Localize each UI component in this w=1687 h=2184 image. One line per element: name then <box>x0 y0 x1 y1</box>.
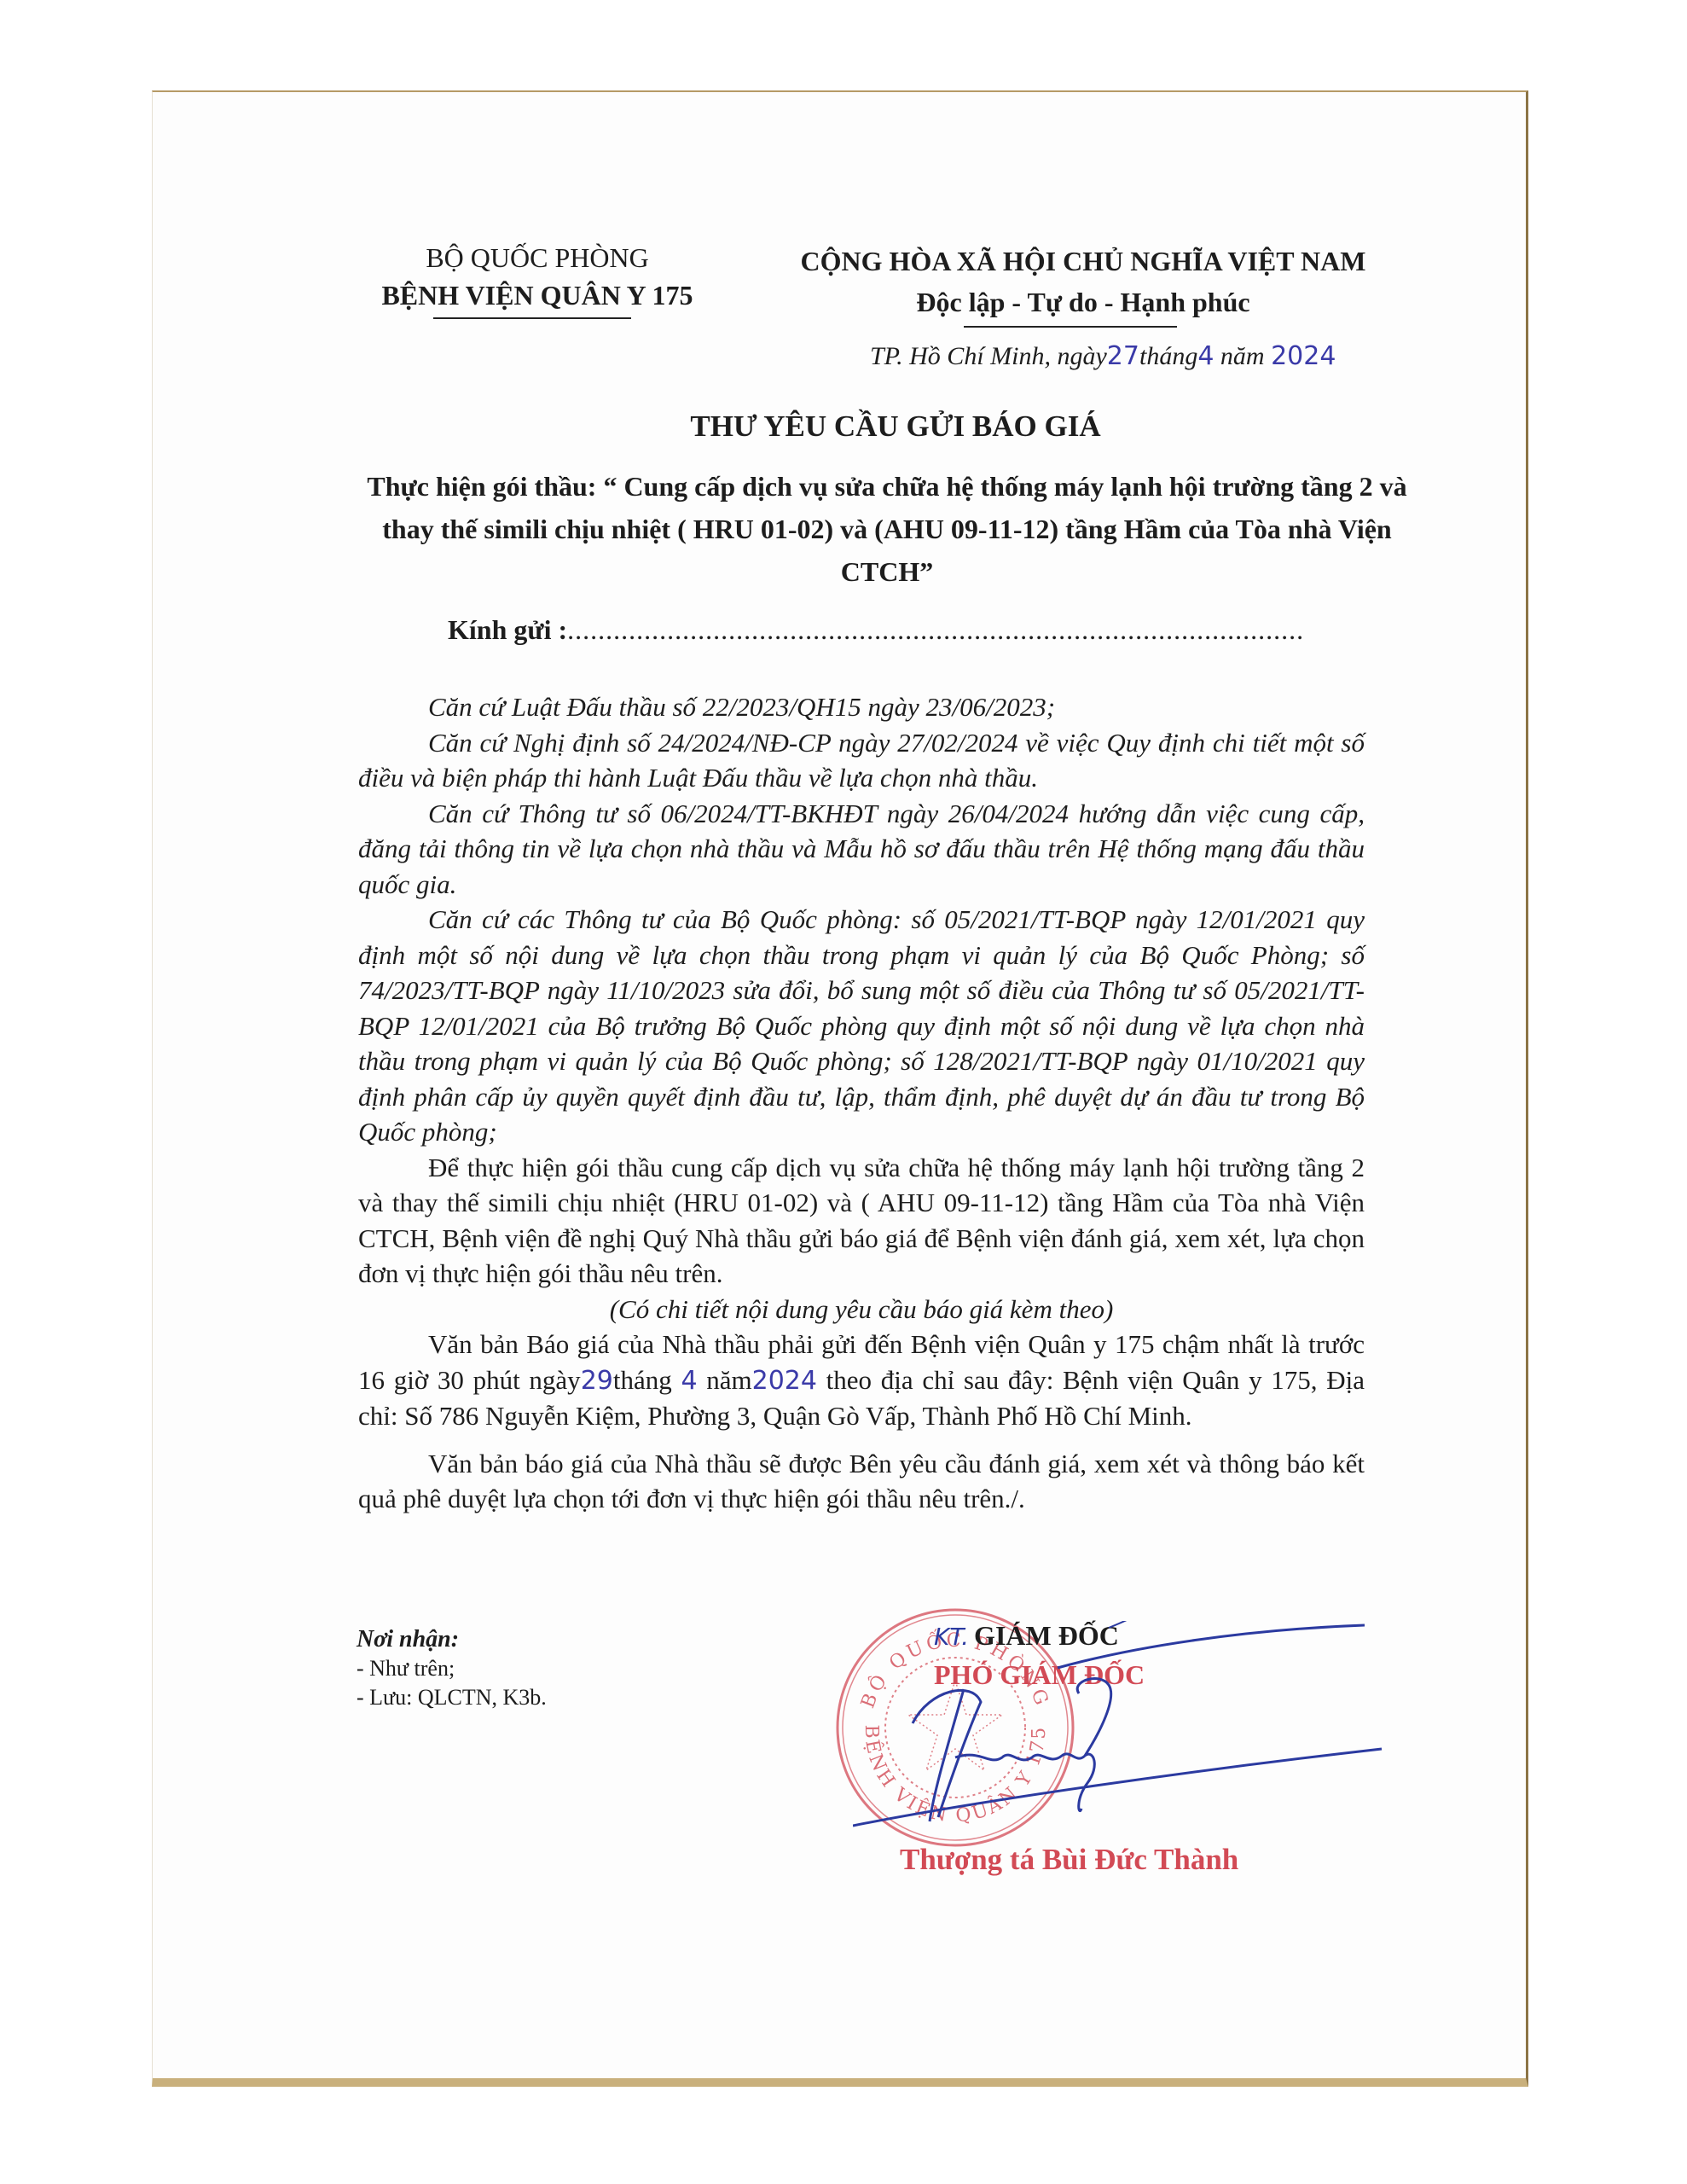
handwritten-month: 4 <box>1197 341 1214 371</box>
handwritten-deadline-month: 4 <box>681 1366 697 1396</box>
deadline-month-label: tháng <box>613 1365 672 1395</box>
issue-date: TP. Hồ Chí Minh, ngày27tháng4 năm 2024 <box>870 341 1336 371</box>
recipient-label: Kính gửi : <box>448 614 567 645</box>
recipients-heading: Nơi nhận: <box>357 1625 547 1654</box>
legal-basis-4: Căn cứ các Thông tư của Bộ Quốc phòng: s… <box>358 902 1365 1150</box>
closing-paragraph: Văn bản báo giá của Nhà thầu sẽ được Bên… <box>358 1446 1365 1517</box>
request-paragraph: Để thực hiện gói thầu cung cấp dịch vụ s… <box>358 1150 1365 1292</box>
org-name: BỆNH VIỆN QUÂN Y 175 <box>354 276 721 314</box>
handwritten-year: 2024 <box>1271 341 1336 371</box>
national-motto: Độc lập - Tự do - Hạnh phúc <box>751 282 1416 322</box>
recipient-item: - Lưu: QLCTN, K3b. <box>357 1683 547 1712</box>
issuing-organization: BỘ QUỐC PHÒNG BỆNH VIỆN QUÂN Y 175 <box>354 239 721 314</box>
handwritten-deadline-day: 29 <box>581 1366 613 1396</box>
legal-basis-2: Căn cứ Nghị định số 24/2024/NĐ-CP ngày 2… <box>358 725 1365 796</box>
recipients-list: Nơi nhận: - Như trên; - Lưu: QLCTN, K3b. <box>357 1625 547 1712</box>
signer-name: Thượng tá Bùi Đức Thành <box>900 1843 1238 1877</box>
deadline-year-label: năm <box>706 1365 751 1395</box>
recipient-item: - Như trên; <box>357 1654 547 1683</box>
deadline-paragraph: Văn bản Báo giá của Nhà thầu phải gửi đế… <box>358 1327 1365 1434</box>
document-subject: Thực hiện gói thầu: “ Cung cấp dịch vụ s… <box>367 465 1407 593</box>
handwritten-deadline-year: 2024 <box>752 1366 817 1396</box>
handwritten-day: 27 <box>1107 341 1139 371</box>
recipient-blank: ........................................… <box>567 614 1304 645</box>
attachment-note: (Có chi tiết nội dung yêu cầu báo giá kè… <box>358 1292 1365 1327</box>
org-parent: BỘ QUỐC PHÒNG <box>354 239 721 276</box>
handwritten-signature-icon <box>853 1621 1399 1851</box>
legal-basis-1: Căn cứ Luật Đấu thầu số 22/2023/QH15 ngà… <box>358 689 1365 725</box>
legal-basis-3: Căn cứ Thông tư số 06/2024/TT-BKHĐT ngày… <box>358 796 1365 903</box>
recipient-line: Kính gửi :..............................… <box>448 614 1304 646</box>
month-label: tháng <box>1139 342 1197 370</box>
date-prefix: TP. Hồ Chí Minh, ngày <box>870 342 1107 370</box>
motto-underline <box>964 326 1177 328</box>
org-underline <box>433 317 631 319</box>
document-title: THƯ YÊU CẦU GỬI BÁO GIÁ <box>341 409 1450 444</box>
document-body: Căn cứ Luật Đấu thầu số 22/2023/QH15 ngà… <box>358 689 1365 1517</box>
country-name: CỘNG HÒA XÃ HỘI CHỦ NGHĨA VIỆT NAM <box>751 241 1416 282</box>
year-label: năm <box>1220 342 1265 370</box>
national-heading: CỘNG HÒA XÃ HỘI CHỦ NGHĨA VIỆT NAM Độc l… <box>751 241 1416 322</box>
